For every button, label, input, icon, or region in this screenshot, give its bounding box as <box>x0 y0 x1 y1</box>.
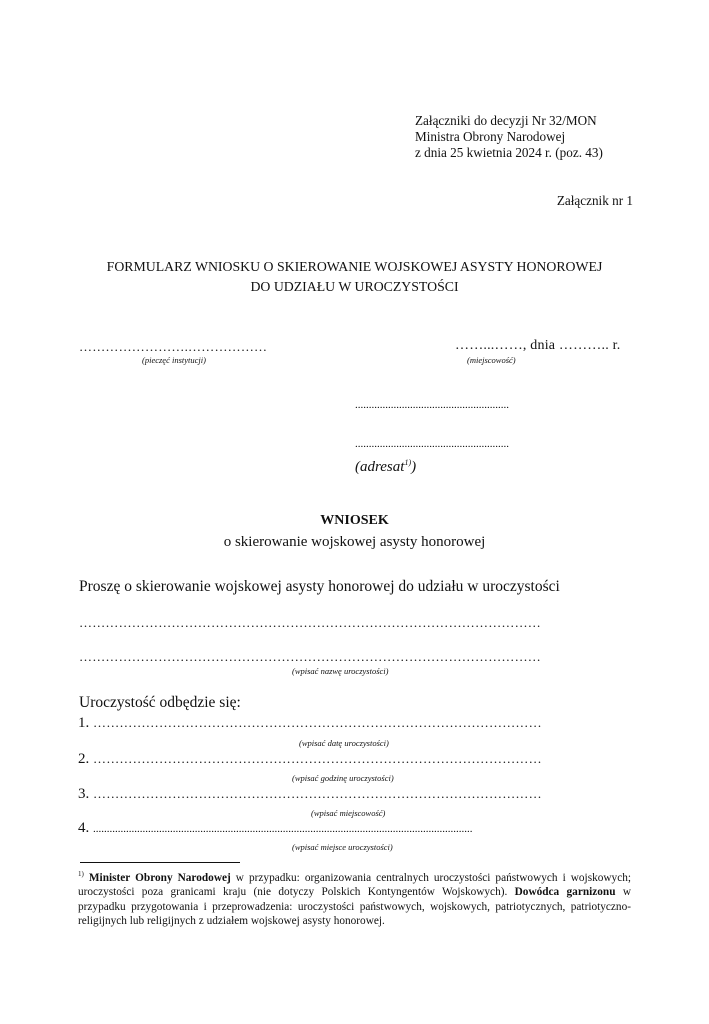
event-venue-caption: (wpisać miejsce uroczystości) <box>292 842 393 852</box>
header-line: Załączniki do decyzji Nr 32/MON <box>415 113 603 129</box>
decision-header: Załączniki do decyzji Nr 32/MON Ministra… <box>415 113 603 161</box>
event-label: Uroczystość odbędzie się: <box>79 694 241 712</box>
item-number: 1. <box>78 715 89 731</box>
footnote: 1) Minister Obrony Narodowej w przypadku… <box>78 867 631 929</box>
footnote-bold-commander: Dowódca garnizonu <box>515 886 616 898</box>
request-intro: Proszę o skierowanie wojskowej asysty ho… <box>79 578 560 596</box>
form-title-line2: DO UDZIAŁU W UROCZYSTOŚCI <box>0 277 709 297</box>
event-name-field-1[interactable]: …………………………………………………………………………………………… <box>79 615 541 631</box>
event-date-field[interactable]: ………………………………………………………………………………………… <box>93 715 542 730</box>
addressee-field-2[interactable]: ........................................… <box>355 438 509 450</box>
event-date-caption: (wpisać datę uroczystości) <box>299 738 389 748</box>
place-caption: (miejscowość) <box>467 355 516 365</box>
stamp-caption: (pieczęć instytucji) <box>142 355 206 365</box>
event-name-field-2[interactable]: …………………………………………………………………………………………… <box>79 649 541 665</box>
item-number: 3. <box>78 786 89 802</box>
footnote-divider <box>80 862 240 863</box>
event-item-venue: 4. .....................................… <box>78 820 473 837</box>
addressee-caption-end: ) <box>411 459 416 475</box>
place-date-field[interactable]: ……...……, dnia ……….. r. <box>455 338 620 354</box>
annex-label: Załącznik nr 1 <box>557 193 633 209</box>
addressee-field-1[interactable]: ........................................… <box>355 399 509 411</box>
event-time-caption: (wpisać godzinę uroczystości) <box>292 773 394 783</box>
footnote-marker: 1) <box>78 870 84 878</box>
request-heading: WNIOSEK <box>0 513 709 529</box>
request-subheading: o skierowanie wojskowej asysty honorowej <box>0 534 709 551</box>
addressee-caption: (adresat1)) <box>355 458 416 476</box>
footnote-bold-minister: Minister Obrony Narodowej <box>89 872 231 884</box>
addressee-caption-text: (adresat <box>355 459 404 475</box>
event-item-date: 1. ………………………………………………………………………………………… <box>78 715 542 732</box>
event-venue-field[interactable]: ........................................… <box>93 823 473 835</box>
form-title: FORMULARZ WNIOSKU O SKIEROWANIE WOJSKOWE… <box>0 257 709 297</box>
header-line: z dnia 25 kwietnia 2024 r. (poz. 43) <box>415 145 603 161</box>
event-time-field[interactable]: ………………………………………………………………………………………… <box>93 751 542 766</box>
event-name-caption: (wpisać nazwę uroczystości) <box>292 666 388 676</box>
stamp-field[interactable]: …………………….……………… <box>79 339 267 355</box>
header-line: Ministra Obrony Narodowej <box>415 129 603 145</box>
event-town-caption: (wpisać miejscowość) <box>311 808 385 818</box>
item-number: 2. <box>78 751 89 767</box>
event-town-field[interactable]: ………………………………………………………………………………………… <box>93 786 542 801</box>
item-number: 4. <box>78 820 89 836</box>
event-item-town: 3. ………………………………………………………………………………………… <box>78 786 542 803</box>
form-title-line1: FORMULARZ WNIOSKU O SKIEROWANIE WOJSKOWE… <box>0 257 709 277</box>
event-item-time: 2. ………………………………………………………………………………………… <box>78 751 542 768</box>
